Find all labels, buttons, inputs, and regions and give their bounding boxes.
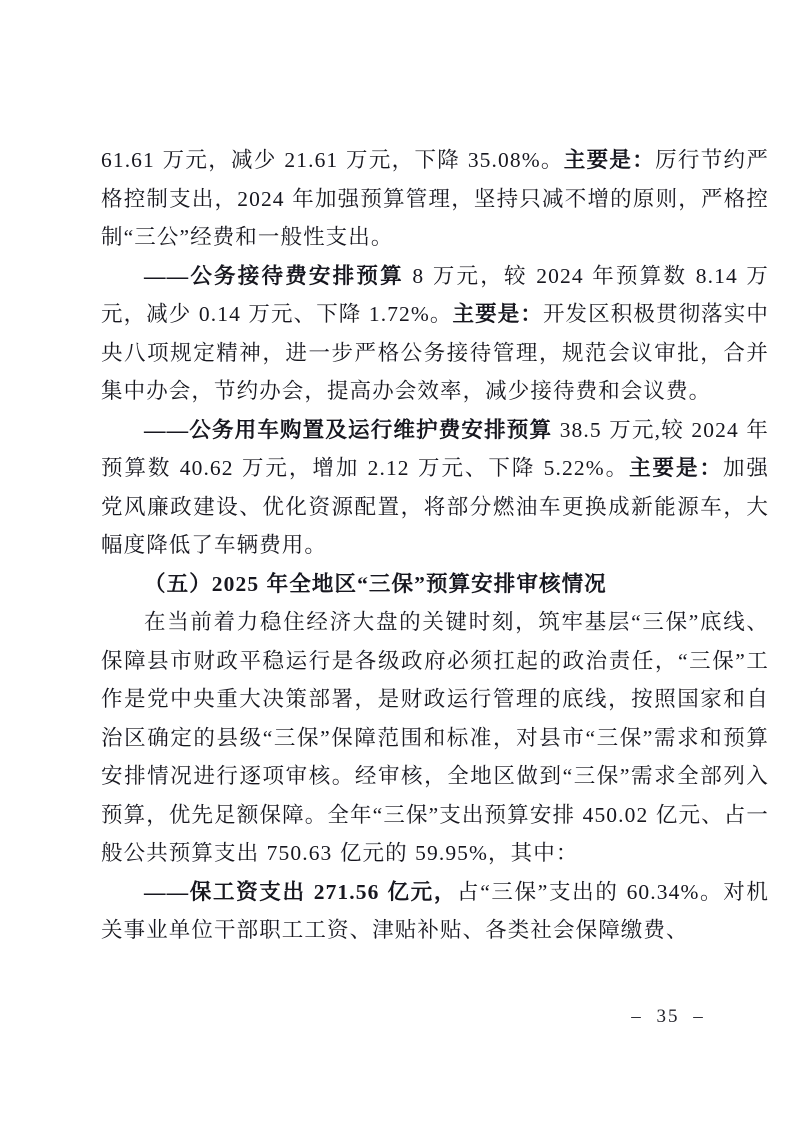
paragraph-sanbao-overview: 在当前着力稳住经济大盘的关键时刻，筑牢基层“三保”底线、保障县市财政平稳运行是各… [101,603,769,873]
text-run-bold: ——公务用车购置及运行维护费安排预算 [144,418,552,442]
paragraph-three-public-expense-summary: 61.61 万元，减少 21.61 万元，下降 35.08%。主要是：厉行节约严… [101,141,769,257]
text-run: 在当前着力稳住经济大盘的关键时刻，筑牢基层“三保”底线、保障县市财政平稳运行是各… [101,610,769,865]
document-page: 61.61 万元，减少 21.61 万元，下降 35.08%。主要是：厉行节约严… [0,0,793,1122]
page-number: – 35 – [608,1006,728,1028]
text-run-bold: 主要是： [629,456,723,480]
paragraph-official-vehicle-budget: ——公务用车购置及运行维护费安排预算 38.5 万元,较 2024 年预算数 4… [101,411,769,565]
text-run-bold: ——保工资支出 271.56 亿元， [144,880,457,904]
text-run: 61.61 万元，减少 21.61 万元，下降 35.08%。 [101,148,564,172]
section-heading-sanbao-review: （五）2025 年全地区“三保”预算安排审核情况 [101,565,769,604]
text-run-bold: ——公务接待费安排预算 [144,264,404,288]
heading-text: （五）2025 年全地区“三保”预算安排审核情况 [144,572,607,596]
paragraph-salary-guarantee: ——保工资支出 271.56 亿元，占“三保”支出的 60.34%。对机关事业单… [101,873,769,950]
text-run-bold: 主要是： [453,302,543,326]
document-body: 61.61 万元，减少 21.61 万元，下降 35.08%。主要是：厉行节约严… [101,141,769,950]
paragraph-official-reception-budget: ——公务接待费安排预算 8 万元，较 2024 年预算数 8.14 万元，减少 … [101,257,769,411]
text-run-bold: 主要是： [564,148,655,172]
